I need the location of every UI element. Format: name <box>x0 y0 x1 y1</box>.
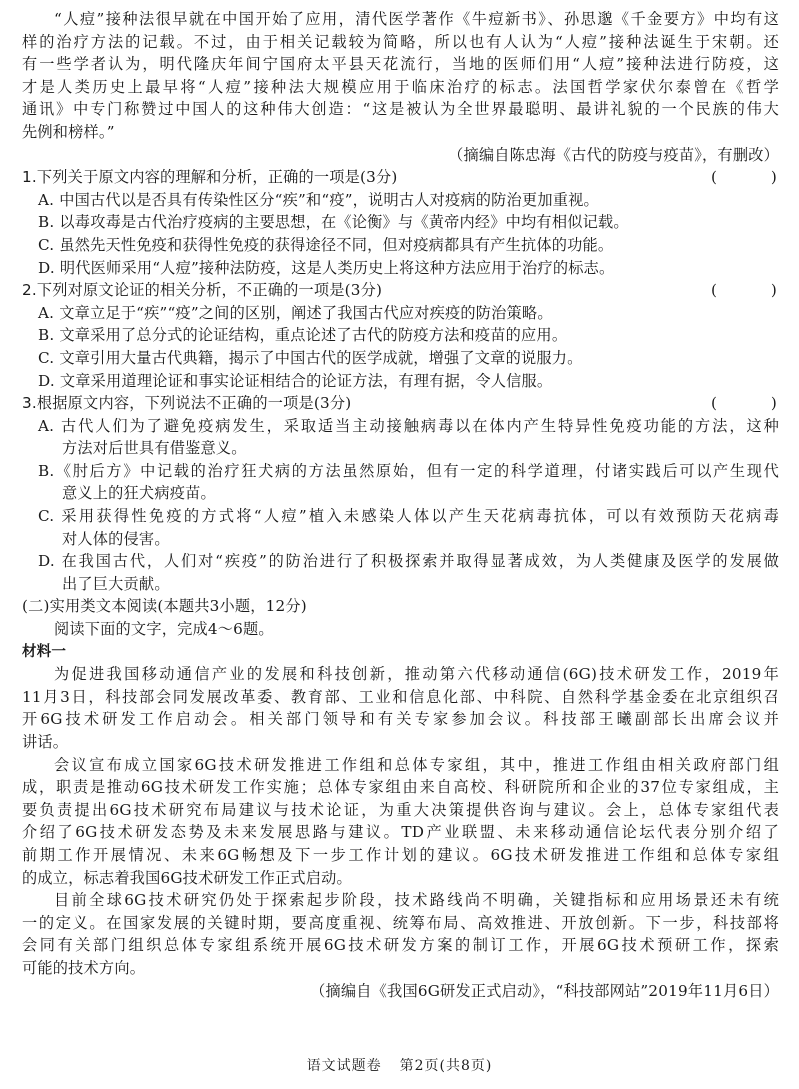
question-text: 下列对原文论证的相关分析，不正确的一项是(3分) <box>37 281 382 299</box>
question-number: 2. <box>22 281 37 299</box>
passage-1: “人痘”接种法很早就在中国开始了应用，清代医学著作《牛痘新书》、孙思邈《千金要方… <box>22 8 779 166</box>
option-a: A. 中国古代以是否具有传染性区分“疾”和“疫”，说明古人对疫病的防治更加重视。 <box>22 189 779 212</box>
paragraph-line: 11月3日，科技部会同发展改革委、教育部、工业和信息化部、中科院、自然科学基金委… <box>22 686 779 709</box>
page-footer: 语文试题卷第2页(共8页) <box>0 1056 799 1076</box>
option-d: D. 文章采用道理论证和事实论证相结合的论证方法，有理有据，令人信服。 <box>22 370 779 393</box>
answer-blank[interactable]: () <box>711 392 777 415</box>
material-paragraph: 会议宣布成立国家6G技术研发推进工作组和总体专家组，其中，推进工作组由相关政府部… <box>22 754 779 890</box>
paragraph-line: 要负责提出6G技术研究布局建议与技术论证，为重大决策提供咨询与建议。会上，总体专… <box>22 799 779 822</box>
option-c-cont: 对人体的侵害。 <box>22 528 779 551</box>
option-d-cont: 出了巨大贡献。 <box>22 573 779 596</box>
passage-line: 先例和榜样。” <box>22 121 779 144</box>
paragraph-line: 开6G技术研发工作启动会。相关部门领导和有关专家参加会议。科技部王曦副部长出席会… <box>22 708 779 731</box>
option-b: B. 文章采用了总分式的论证结构，重点论述了古代的防疫方法和疫苗的应用。 <box>22 324 779 347</box>
option-c: C. 采用获得性免疫的方式将“人痘”植入未感染人体以产生天花病毒抗体，可以有效预… <box>22 505 779 528</box>
section-title: (二)实用类文本阅读(本题共3小题，12分) <box>22 595 779 618</box>
option-b: B. 以毒攻毒是古代治疗疫病的主要思想，在《论衡》与《黄帝内经》中均有相似记载。 <box>22 211 779 234</box>
section-instruction: 阅读下面的文字，完成4～6题。 <box>22 618 779 641</box>
option-c: C. 虽然先天性免疫和获得性免疫的获得途径不同，但对疫病都具有产生抗体的功能。 <box>22 234 779 257</box>
material-label: 材料一 <box>22 641 779 664</box>
option-b-cont: 意义上的狂犬病疫苗。 <box>22 482 779 505</box>
answer-blank[interactable]: () <box>711 279 777 302</box>
question-1: 1.下列关于原文内容的理解和分析，正确的一项是(3分) () A. 中国古代以是… <box>22 166 779 279</box>
paragraph-line: 一的定义。在国家发展的关键时期，要高度重视、统筹布局、高效推进、开放创新。下一步… <box>22 912 779 935</box>
option-b: B.《肘后方》中记载的治疗狂犬病的方法虽然原始，但有一定的科学道理，付诸实践后可… <box>22 460 779 483</box>
question-text: 根据原文内容，下列说法不正确的一项是(3分) <box>37 394 351 412</box>
paragraph-line: 会议宣布成立国家6G技术研发推进工作组和总体专家组，其中，推进工作组由相关政府部… <box>22 754 779 777</box>
paragraph-line: 为促进我国移动通信产业的发展和科技创新，推动第六代移动通信(6G)技术研发工作，… <box>22 663 779 686</box>
material-source: （摘编自《我国6G研发正式启动》，“科技部网站”2019年11月6日） <box>22 980 779 1003</box>
option-a: A. 文章立足于“疾”“疫”之间的区别，阐述了我国古代应对疾疫的防治策略。 <box>22 302 779 325</box>
material-1: 材料一 为促进我国移动通信产业的发展和科技创新，推动第六代移动通信(6G)技术研… <box>22 641 779 1003</box>
question-number: 3. <box>22 394 37 412</box>
paragraph-line: 的成立，标志着我国6G技术研发工作正式启动。 <box>22 867 779 890</box>
option-d: D. 在我国古代，人们对“疾疫”的防治进行了积极探索并取得显著成效，为人类健康及… <box>22 550 779 573</box>
material-paragraph: 目前全球6G技术研究仍处于探索起步阶段，技术路线尚不明确，关键指标和应用场景还未… <box>22 889 779 979</box>
passage-source: （摘编自陈忠海《古代的防疫与疫苗》，有删改） <box>22 144 779 167</box>
question-stem: 1.下列关于原文内容的理解和分析，正确的一项是(3分) () <box>22 166 779 189</box>
option-a: A. 古代人们为了避免疫病发生，采取适当主动接触病毒以在体内产生特异性免疫功能的… <box>22 415 779 438</box>
option-c: C. 文章引用大量古代典籍，揭示了中国古代的医学成就，增强了文章的说服力。 <box>22 347 779 370</box>
question-stem: 2.下列对原文论证的相关分析，不正确的一项是(3分) () <box>22 279 779 302</box>
question-text: 下列关于原文内容的理解和分析，正确的一项是(3分) <box>37 168 398 186</box>
option-d: D. 明代医师采用“人痘”接种法防疫，这是人类历史上将这种方法应用于治疗的标志。 <box>22 257 779 280</box>
material-paragraph: 为促进我国移动通信产业的发展和科技创新，推动第六代移动通信(6G)技术研发工作，… <box>22 663 779 753</box>
passage-line: 有一些学者认为，明代隆庆年间宁国府太平县天花流行，当地的医师们用“人痘”接种法进… <box>22 53 779 76</box>
passage-line: “人痘”接种法很早就在中国开始了应用，清代医学著作《牛痘新书》、孙思邈《千金要方… <box>22 8 779 31</box>
footer-page-number: 第2页(共8页) <box>400 1058 493 1074</box>
paragraph-line: 可能的技术方向。 <box>22 957 779 980</box>
option-a-cont: 方法对后世具有借鉴意义。 <box>22 437 779 460</box>
question-3: 3.根据原文内容，下列说法不正确的一项是(3分) () A. 古代人们为了避免疫… <box>22 392 779 595</box>
answer-blank[interactable]: () <box>711 166 777 189</box>
question-stem: 3.根据原文内容，下列说法不正确的一项是(3分) () <box>22 392 779 415</box>
paragraph-line: 前期工作开展情况、未来6G畅想及下一步工作计划的建议。6G技术研发推进工作组和总… <box>22 844 779 867</box>
passage-line: 才是人类历史上最早将“人痘”接种法大规模应用于临床治疗的标志。法国哲学家伏尔泰曾… <box>22 76 779 99</box>
question-number: 1. <box>22 168 37 186</box>
paragraph-line: 会同有关部门组织总体专家组系统开展6G技术研发方案的制订工作，开展6G技术预研工… <box>22 934 779 957</box>
paragraph-line: 成，职责是推动6G技术研发工作实施；总体专家组由来自高校、科研院所和企业的37位… <box>22 776 779 799</box>
paragraph-line: 介绍了6G技术研发态势及未来发展思路与建议。TD产业联盟、未来移动通信论坛代表分… <box>22 821 779 844</box>
question-2: 2.下列对原文论证的相关分析，不正确的一项是(3分) () A. 文章立足于“疾… <box>22 279 779 392</box>
footer-subject: 语文试题卷 <box>307 1058 382 1074</box>
passage-line: 通讯》中专门称赞过中国人的这种伟大创造：“这是被认为全世界最聪明、最讲礼貌的一个… <box>22 98 779 121</box>
passage-line: 样的治疗方法的记载。不过，由于相关记载较为简略，所以也有人认为“人痘”接种法诞生… <box>22 31 779 54</box>
section-2: (二)实用类文本阅读(本题共3小题，12分) 阅读下面的文字，完成4～6题。 <box>22 595 779 640</box>
paragraph-line: 讲话。 <box>22 731 779 754</box>
paragraph-line: 目前全球6G技术研究仍处于探索起步阶段，技术路线尚不明确，关键指标和应用场景还未… <box>22 889 779 912</box>
exam-page: “人痘”接种法很早就在中国开始了应用，清代医学著作《牛痘新书》、孙思邈《千金要方… <box>22 8 779 1002</box>
